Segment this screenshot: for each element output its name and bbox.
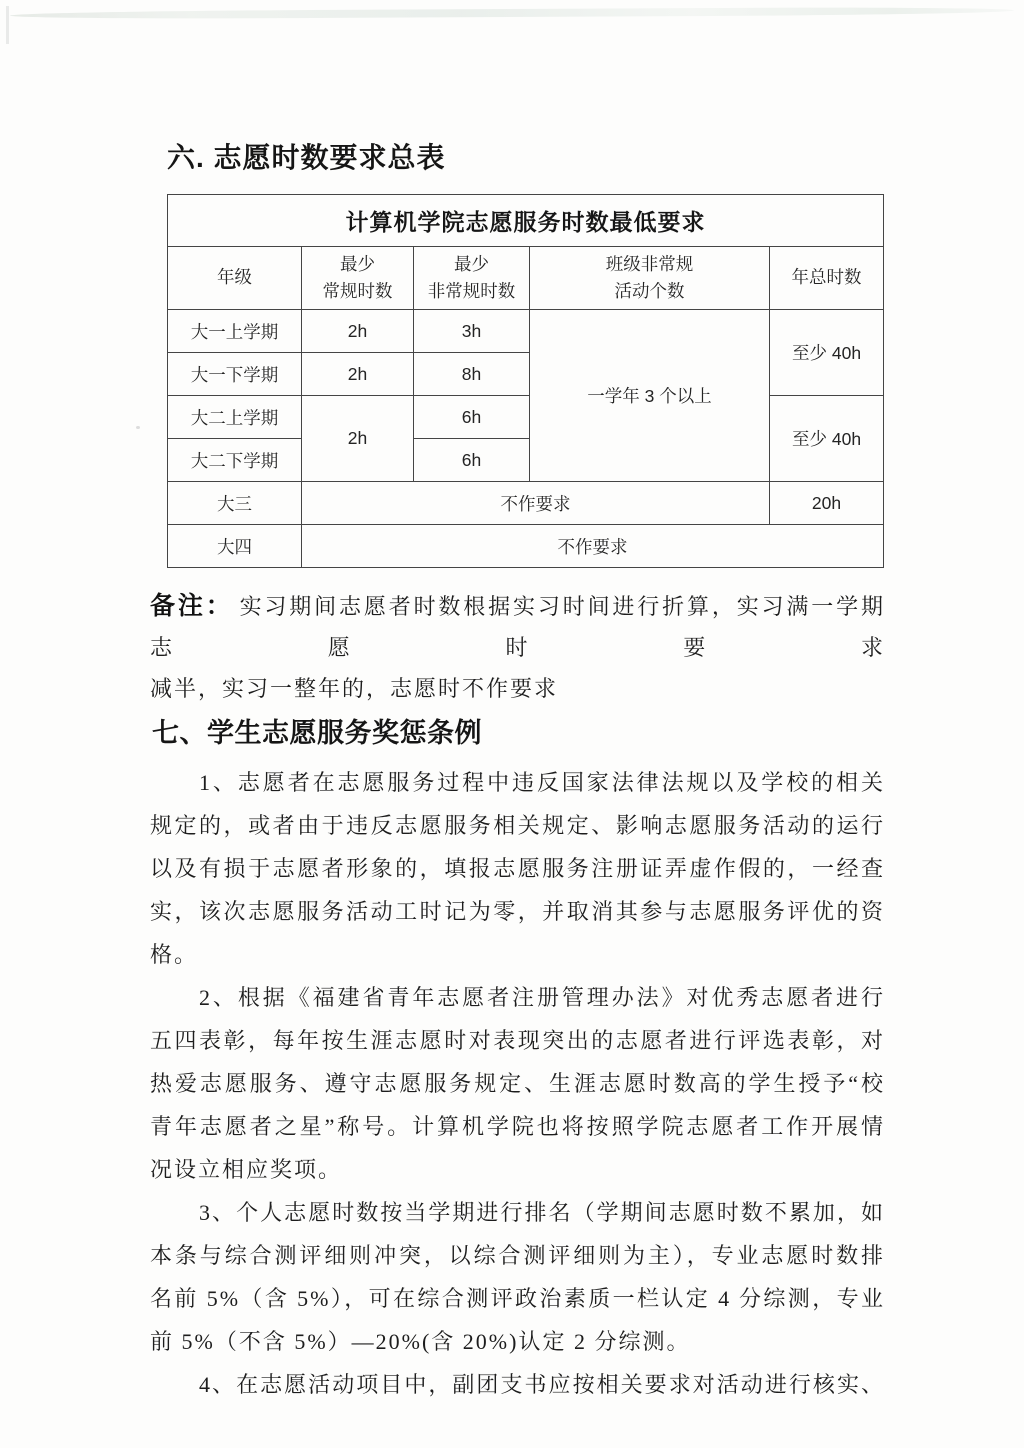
remark-text-1: 实习期间志愿者时数根据实习时间进行折算，实习满一学期志愿时要求 [150,594,885,660]
cell-grade: 大二上学期 [168,396,302,439]
text-line: 况设立相应奖项。 [150,1148,885,1191]
cell-irregular-hours: 8h [414,353,530,396]
remark-line-2: 减半，实习一整年的，志愿时不作要求 [150,668,885,709]
table-row-junior: 大三 不作要求 20h [168,482,884,525]
text-line: 本条与综合测评细则冲突，以综合测评细则为主），专业志愿时数排 [150,1234,885,1277]
cell-irregular-hours: 6h [414,396,530,439]
table-row-sophomore-fall: 大二上学期 2h 6h 至少 40h [168,396,884,439]
section6-heading: 六. 志愿时数要求总表 [167,141,885,175]
cell-regular-hours: 2h [302,353,414,396]
cell-annual-total-year2: 至少 40h [770,396,884,482]
scan-artifact-top-edge [10,6,1014,19]
cell-annual-total-year1: 至少 40h [770,310,884,396]
table-row-senior: 大四 不作要求 [168,525,884,568]
cell-grade: 大四 [168,525,302,568]
cell-no-requirement: 不作要求 [302,525,884,568]
header-cell-min-irregular-hours: 最少 非常规时数 [414,247,530,310]
text-line: 以及有损于志愿者形象的，填报志愿服务注册证弄虚作假的，一经查 [150,847,885,890]
text-line: 名前 5%（含 5%），可在综合测评政治素质一栏认定 4 分综测，专业 [150,1277,885,1320]
text-line: 3、个人志愿时数按当学期进行排名（学期间志愿时数不累加，如 [150,1191,885,1234]
paragraph-4: 4、在志愿活动项目中，副团支书应按相关要求对活动进行核实、 [150,1363,885,1406]
cell-class-activities-merged: 一学年 3 个以上 [530,310,770,482]
remark-note: 备注：实习期间志愿者时数根据实习时间进行折算，实习满一学期志愿时要求 减半，实习… [150,586,885,709]
text-line: 热爱志愿服务、遵守志愿服务规定、生涯志愿时数高的学生授予“校 [150,1062,885,1105]
scanned-document-page: 六. 志愿时数要求总表 计算机学院志愿服务时数最低要求 年级 最少 常规时数 最… [0,0,1024,1448]
header-cell-class-irregular-activities: 班级非常规 活动个数 [530,247,770,310]
scan-artifact-left-edge [6,6,9,44]
header-cell-grade: 年级 [168,247,302,310]
cell-grade: 大三 [168,482,302,525]
text-line: 青年志愿者之星”称号。计算机学院也将按照学院志愿者工作开展情 [150,1105,885,1148]
text-line: 4、在志愿活动项目中，副团支书应按相关要求对活动进行核实、 [150,1363,885,1406]
section7-heading: 七、学生志愿服务奖惩条例 [152,715,885,751]
cell-grade: 大二下学期 [168,439,302,482]
body-paragraphs: 1、志愿者在志愿服务过程中违反国家法律法规以及学校的相关 规定的，或者由于违反志… [150,761,885,1406]
paragraph-1: 1、志愿者在志愿服务过程中违反国家法律法规以及学校的相关 规定的，或者由于违反志… [150,761,885,976]
table-row-freshman-fall: 大一上学期 2h 3h 一学年 3 个以上 至少 40h [168,310,884,353]
cell-no-requirement: 不作要求 [302,482,770,525]
table-title-row: 计算机学院志愿服务时数最低要求 [168,195,884,247]
remark-label: 备注： [150,592,234,620]
paragraph-2: 2、根据《福建省青年志愿者注册管理办法》对优秀志愿者进行 五四表彰，每年按生涯志… [150,976,885,1191]
text-line: 规定的，或者由于违反志愿服务相关规定、影响志愿服务活动的运行 [150,804,885,847]
text-line: 1、志愿者在志愿服务过程中违反国家法律法规以及学校的相关 [150,761,885,804]
text-line: 2、根据《福建省青年志愿者注册管理办法》对优秀志愿者进行 [150,976,885,1019]
text-line: 五四表彰，每年按生涯志愿时对表现突出的志愿者进行评选表彰，对 [150,1019,885,1062]
cell-grade: 大一下学期 [168,353,302,396]
text-line: 格。 [150,933,885,976]
remark-line-1: 备注：实习期间志愿者时数根据实习时间进行折算，实习满一学期志愿时要求 [150,586,885,668]
cell-irregular-hours: 6h [414,439,530,482]
cell-regular-hours-merged: 2h [302,396,414,482]
header-cell-min-regular-hours: 最少 常规时数 [302,247,414,310]
cell-irregular-hours: 3h [414,310,530,353]
text-line: 实，该次志愿服务活动工时记为零，并取消其参与志愿服务评优的资 [150,890,885,933]
header-cell-annual-total-hours: 年总时数 [770,247,884,310]
text-line: 前 5%（不含 5%）—20%(含 20%)认定 2 分综测。 [150,1320,885,1363]
document-content: 六. 志愿时数要求总表 计算机学院志愿服务时数最低要求 年级 最少 常规时数 最… [150,141,885,1406]
cell-grade: 大一上学期 [168,310,302,353]
scan-artifact-speck [136,426,140,429]
table-title: 计算机学院志愿服务时数最低要求 [168,195,884,247]
paragraph-3: 3、个人志愿时数按当学期进行排名（学期间志愿时数不累加，如 本条与综合测评细则冲… [150,1191,885,1363]
volunteer-hours-table: 计算机学院志愿服务时数最低要求 年级 最少 常规时数 最少 非常规时数 班级非常… [167,194,884,568]
cell-annual-total-junior: 20h [770,482,884,525]
table-header-row: 年级 最少 常规时数 最少 非常规时数 班级非常规 活动个数 年总时数 [168,247,884,310]
cell-regular-hours: 2h [302,310,414,353]
